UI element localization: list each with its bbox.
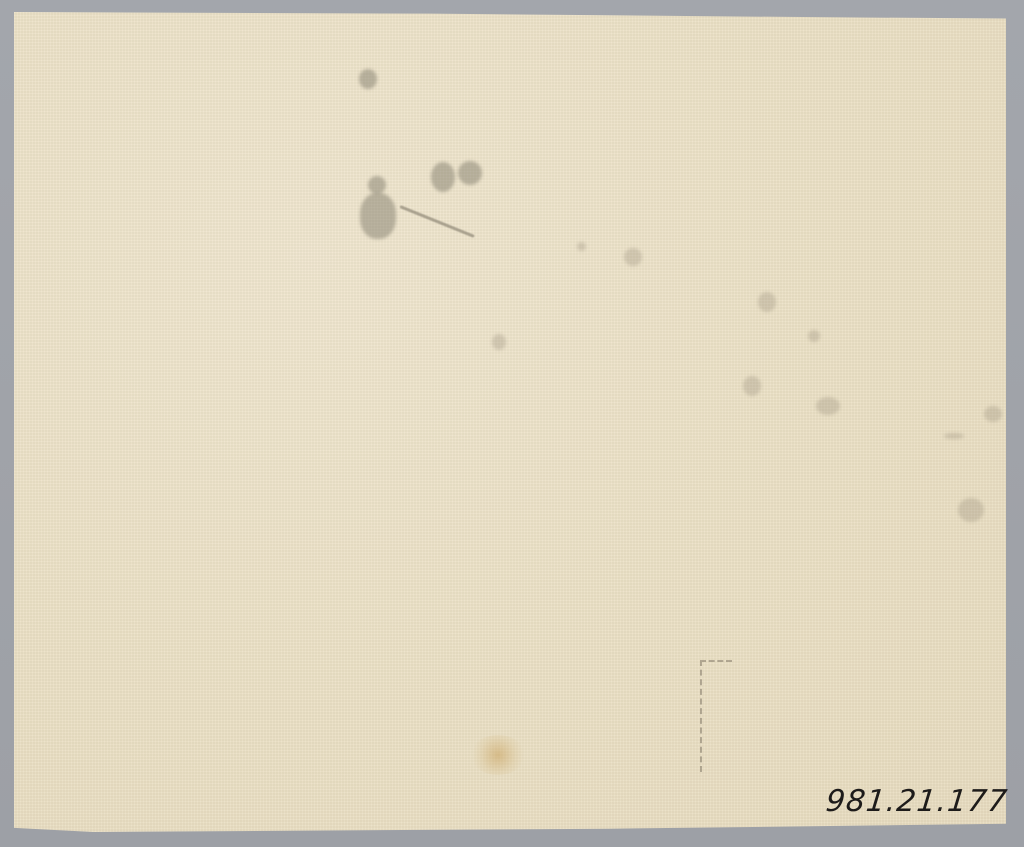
stain-spot <box>360 193 396 239</box>
stain-spot <box>816 397 840 415</box>
stain-spot <box>808 330 820 342</box>
stain-spot <box>958 498 984 522</box>
stain-spot <box>577 242 586 251</box>
stain-spot <box>758 292 776 312</box>
accession-number: 981.21.177 <box>824 784 1009 819</box>
stain-spot <box>431 162 455 192</box>
stain-spot <box>492 334 506 350</box>
faint-outline-mark <box>700 660 732 772</box>
discoloration-spot <box>470 735 526 775</box>
stain-spot <box>743 376 761 396</box>
stain-spot <box>624 248 642 266</box>
stain-spot <box>458 161 482 185</box>
stain-spot <box>368 176 386 194</box>
stain-spot <box>984 406 1002 422</box>
stain-spot <box>944 433 964 439</box>
specimen-sheet <box>14 12 1006 832</box>
stain-spot <box>359 69 377 89</box>
